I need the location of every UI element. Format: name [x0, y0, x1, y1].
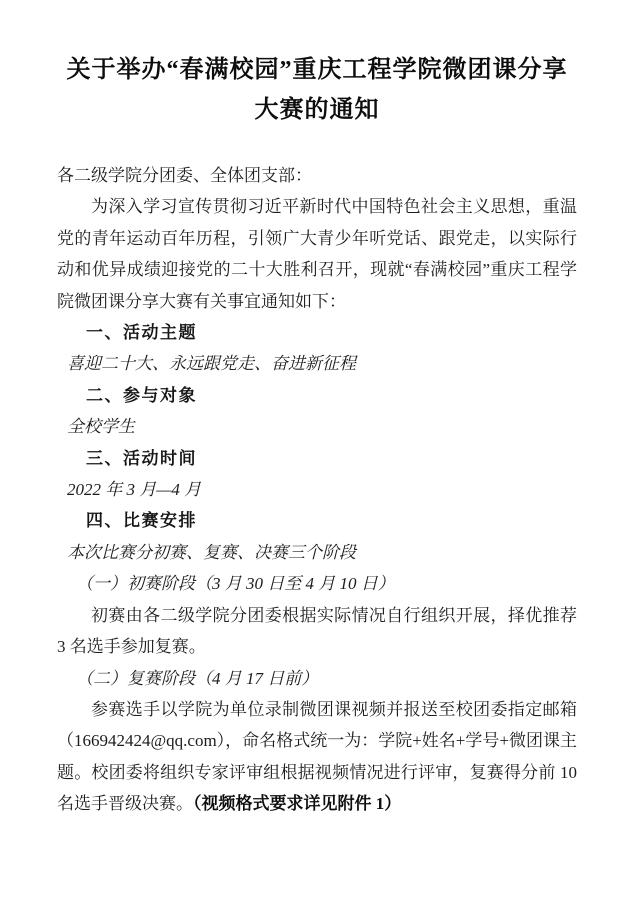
section-text-time: 2022 年 3 月—4 月: [57, 474, 577, 505]
subsection-preliminary: （一）初赛阶段（3 月 30 日至 4 月 10 日）: [57, 568, 577, 599]
section-heading-time: 三、活动时间: [57, 443, 577, 474]
document-content: 各二级学院分团委、全体团支部： 为深入学习宣传贯彻习近平新时代中国特色社会主义思…: [57, 160, 577, 820]
paragraph-semifinal: 参赛选手以学院为单位录制微团课视频并报送至校团委指定邮箱（166942424@q…: [57, 694, 577, 820]
section-heading-theme: 一、活动主题: [57, 317, 577, 348]
document-page: 关于举办“春满校园”重庆工程学院微团课分享 大赛的通知 各二级学院分团委、全体团…: [0, 0, 634, 897]
salutation-line: 各二级学院分团委、全体团支部：: [57, 160, 577, 191]
document-title: 关于举办“春满校园”重庆工程学院微团课分享 大赛的通知: [57, 50, 577, 130]
section-text-audience: 全校学生: [57, 411, 577, 442]
document-body-area: 关于举办“春满校园”重庆工程学院微团课分享 大赛的通知 各二级学院分团委、全体团…: [0, 0, 634, 820]
section-text-theme: 喜迎二十大、永远跟党走、奋进新征程: [57, 348, 577, 379]
attachment-note: （视频格式要求详见附件 1）: [193, 794, 401, 813]
section-heading-audience: 二、参与对象: [57, 380, 577, 411]
section-heading-schedule: 四、比赛安排: [57, 505, 577, 536]
paragraph-preliminary: 初赛由各二级学院分团委根据实际情况自行组织开展，择优推荐 3 名选手参加复赛。: [57, 600, 577, 663]
title-line-1: 关于举办“春满校园”重庆工程学院微团课分享: [57, 50, 577, 90]
subsection-semifinal: （二）复赛阶段（4 月 17 日前）: [57, 663, 577, 694]
title-line-2: 大赛的通知: [57, 90, 577, 130]
paragraph-intro: 为深入学习宣传贯彻习近平新时代中国特色社会主义思想，重温党的青年运动百年历程，引…: [57, 191, 577, 317]
section-text-stages: 本次比赛分初赛、复赛、决赛三个阶段: [57, 537, 577, 568]
